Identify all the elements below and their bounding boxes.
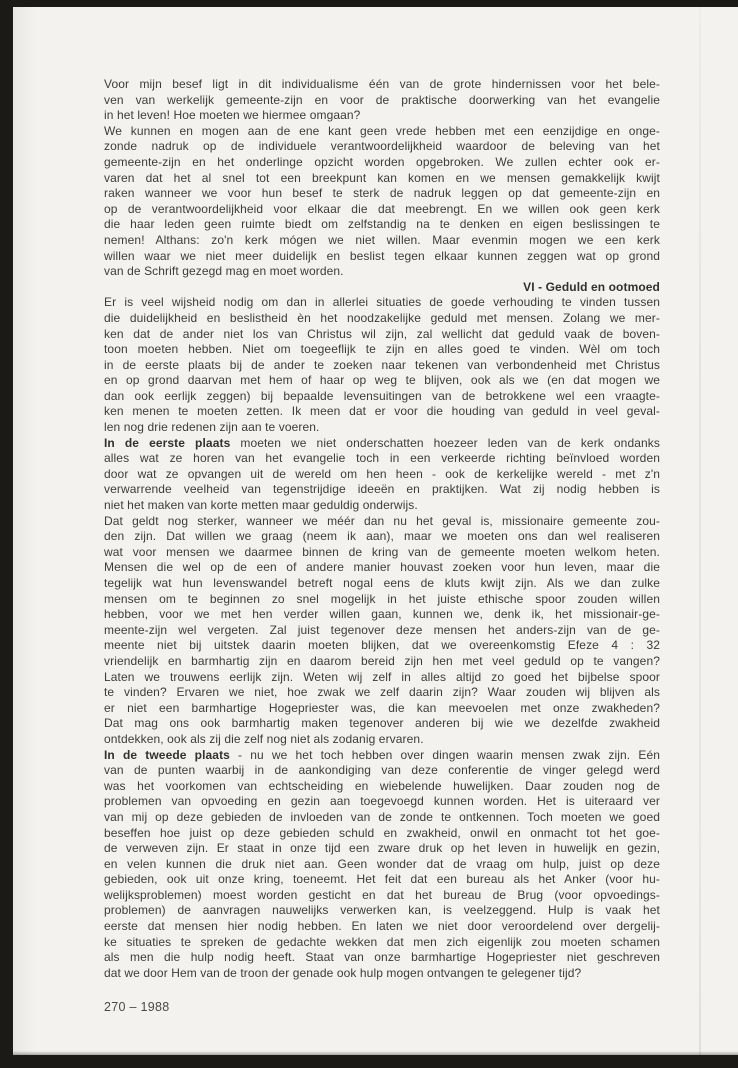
text-line: die haar leden geen ruimte biedt om zelf… — [104, 217, 660, 233]
text-line: gemeente-zijn en het onderlinge opzicht … — [104, 155, 660, 171]
text-line: was het voorkomen van echtscheiding en w… — [104, 779, 660, 795]
text-line: en velen kunnen die druk niet aan. Geen … — [104, 857, 660, 873]
text-line: varen dat het al snel tot een breekpunt … — [104, 171, 660, 187]
text-line: van mij op deze gebieden de invloeden va… — [104, 810, 660, 826]
text-line: dan ook eerlijk zeggen) bij bepaalde lev… — [104, 389, 660, 405]
text-line: te vinden? Ervaren we niet, hoe zwak we … — [104, 685, 660, 701]
text-line: welijksproblemen) moest worden gesticht … — [104, 888, 660, 904]
text-line: de verweven zijn. Er staat in onze tijd … — [104, 841, 660, 857]
text-line: Dat geldt nog sterker, wanneer we méér d… — [104, 514, 660, 530]
text-line: problemen van opvoeding en gezin aan toe… — [104, 794, 660, 810]
text-line: ke situaties te spreken de gedachte wekk… — [104, 935, 660, 951]
text-line: problemen) de aanvragen nauwelijks verwe… — [104, 903, 660, 919]
text-line: eerste dat mensen hier nodig hebben. En … — [104, 919, 660, 935]
text-line: len nog drie redenen zijn aan te voeren. — [104, 420, 660, 436]
text-line: die duidelijkheid en beslistheid èn het … — [104, 311, 660, 327]
text-line: dat we door Hem van de troon der genade … — [104, 966, 660, 982]
text-line: hebben, voor we met hen verder willen ga… — [104, 607, 660, 623]
text-line: niet het maken van korte metten maar ged… — [104, 498, 660, 514]
page-edge-shadow — [699, 7, 701, 1055]
text-line: den zijn. Dat willen we graag (neem ik a… — [104, 529, 660, 545]
text-line: tegelijk wat hun levenswandel betreft no… — [104, 576, 660, 592]
text-line: en op grond daarvan met hem of haar op w… — [104, 373, 660, 389]
text-line: nemen! Althans: zo'n kerk mógen we niet … — [104, 233, 660, 249]
text-line: van de punten waarbij in de aankondiging… — [104, 763, 660, 779]
text-line: meente niet bij uitstek daarin moeten bl… — [104, 638, 660, 654]
text-line: wat voor mensen we daarmee binnen de kri… — [104, 545, 660, 561]
text-line: Dat mag ons ook barmhartig maken tegenov… — [104, 716, 660, 732]
text-line: in het leven! Hoe moeten we hiermee omga… — [104, 108, 660, 124]
text-line: meente-zijn wel vergeten. Zal juist tege… — [104, 623, 660, 639]
text-line: verwarrende veelheid van tegenstrijdige … — [104, 482, 660, 498]
text-line: door wat ze opvangen uit de wereld om he… — [104, 467, 660, 483]
section-heading: VI - Geduld en ootmoed — [104, 280, 660, 296]
text-line: vriendelijk en barmhartig zijn en daarom… — [104, 654, 660, 670]
scan-border-bottom — [0, 1055, 738, 1068]
text-line: toon moeten hebben. Niet om toegeeflijk … — [104, 342, 660, 358]
scanned-book-photo: Voor mijn besef ligt in dit individualis… — [0, 0, 738, 1068]
text-line: gebieden, ook uit onze kring, toeneemt. … — [104, 872, 660, 888]
page-number: 270 – 1988 — [104, 999, 170, 1015]
text-line: We kunnen en mogen aan de ene kant geen … — [104, 124, 660, 140]
text-line: raken wanneer we voor hun besef te sterk… — [104, 186, 660, 202]
text-line: beseffen hoe juist op deze gebieden schu… — [104, 826, 660, 842]
text-line: ontdekken, ook als zij die zelf nog niet… — [104, 732, 660, 748]
text-line: In de tweede plaats - nu we het toch heb… — [104, 748, 660, 764]
text-line: er niet een barmhartige Hogepriester was… — [104, 701, 660, 717]
text-line: mensen om te beginnen zo snel mogelijk i… — [104, 592, 660, 608]
text-line: ven van werkelijk gemeente-zijn en voor … — [104, 93, 660, 109]
text-line: ken dat de ander niet los van Christus w… — [104, 327, 660, 343]
text-line: Er is veel wijsheid nodig om dan in alle… — [104, 295, 660, 311]
text-line: willen waar we niet meer duidelijk en be… — [104, 249, 660, 265]
scan-border-left — [0, 0, 13, 1068]
text-line: Mensen die wel op de een of andere manie… — [104, 560, 660, 576]
text-line: In de eerste plaats moeten we niet onder… — [104, 436, 660, 452]
text-line: op de verantwoordelijkheid voor elkaar d… — [104, 202, 660, 218]
text-line: als men die hulp nodig heeft. Staat van … — [104, 950, 660, 966]
text-line: Laten we trouwens eerlijk zijn. Weten wi… — [104, 670, 660, 686]
text-line: zonde nadruk op de individuele verantwoo… — [104, 139, 660, 155]
scan-border-top — [0, 0, 738, 7]
text-line: Voor mijn besef ligt in dit individualis… — [104, 77, 660, 93]
text-line: ken menen te moeten zetten. Ik meen dat … — [104, 404, 660, 420]
text-line: van de Schrift gezegd mag en moet worden… — [104, 264, 660, 280]
text-line: alles wat ze horen van het evangelie toc… — [104, 451, 660, 467]
text-line: in de eerste plaats bij de ander te zoek… — [104, 358, 660, 374]
text-column: Voor mijn besef ligt in dit individualis… — [104, 77, 660, 981]
